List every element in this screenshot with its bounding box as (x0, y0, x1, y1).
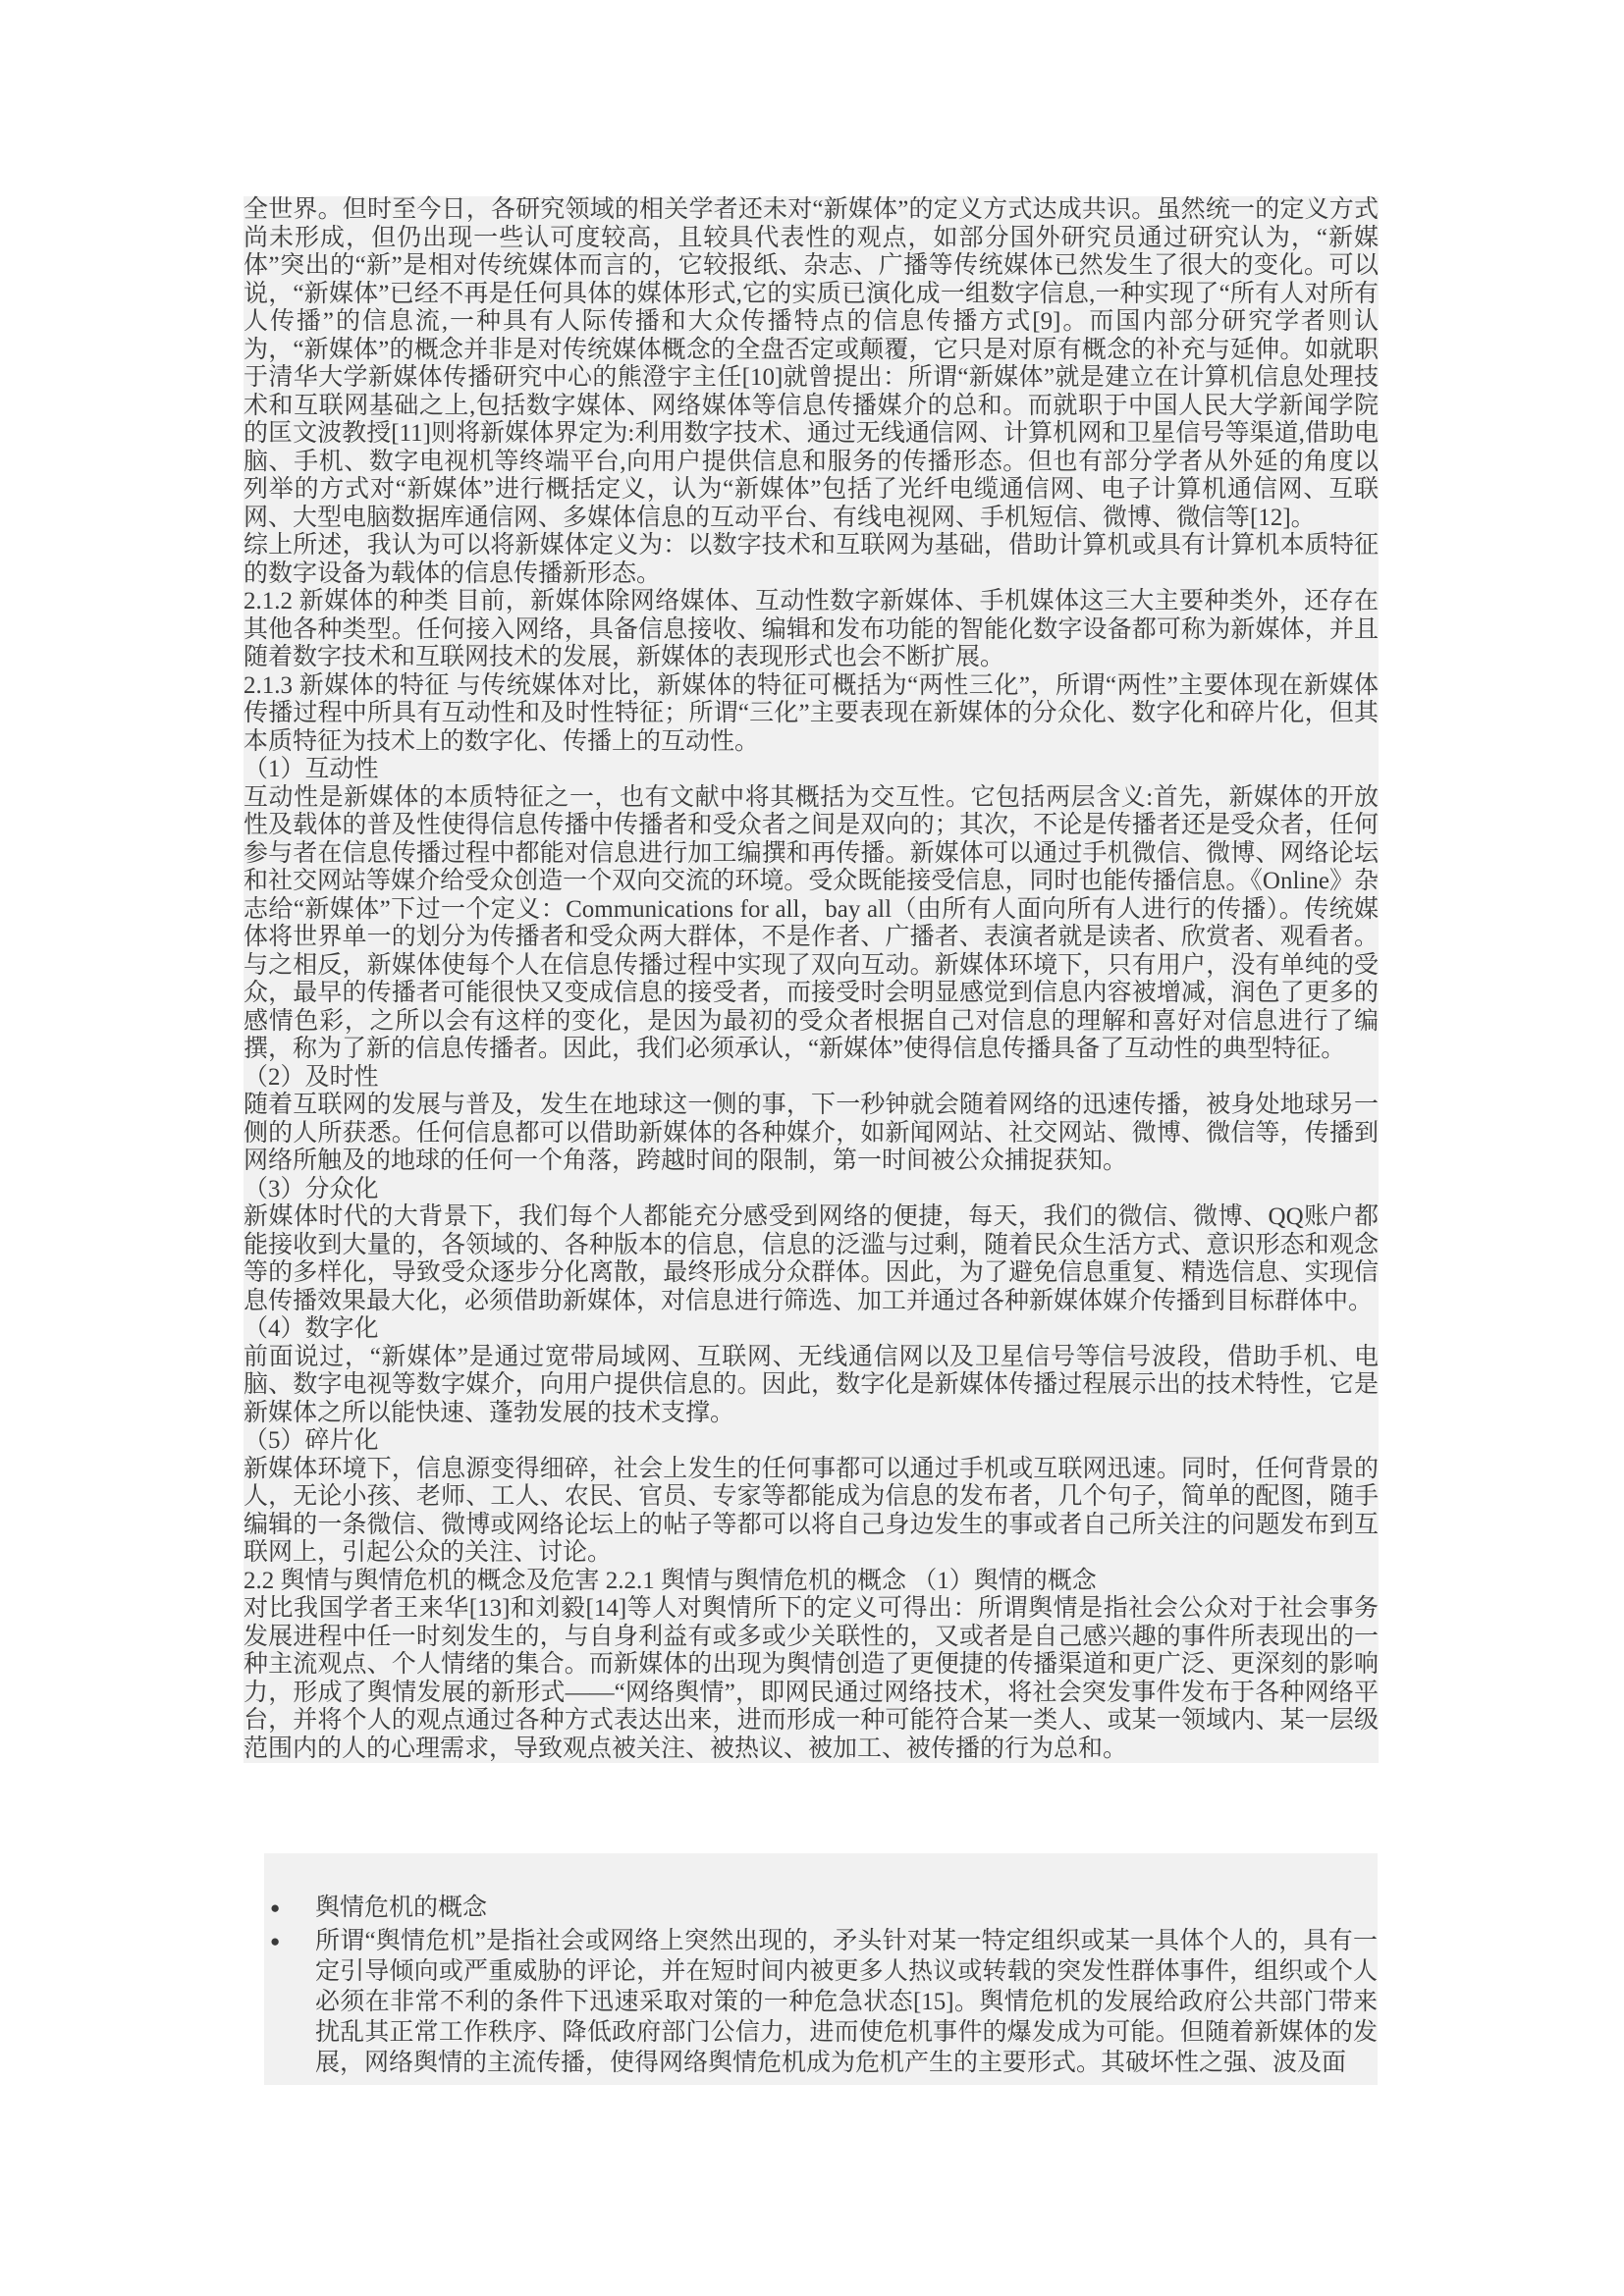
section-heading: （4）数字化 (244, 1315, 1379, 1344)
section-heading: 2.2 舆情与舆情危机的概念及危害 2.2.1 舆情与舆情危机的概念 （1）舆情… (244, 1568, 1379, 1596)
list-item: ● 所谓“舆情危机”是指社会或网络上突然出现的，矛头针对某一特定组织或某一具体个… (264, 1926, 1378, 2078)
document-page: 全世界。但时至今日，各研究领域的相关学者还未对“新媒体”的定义方式达成共识。虽然… (0, 0, 1624, 2296)
paragraph: 2.1.3 新媒体的特征 与传统媒体对比，新媒体的特征可概括为“两性三化”，所谓… (244, 672, 1379, 757)
paragraph: 综上所述，我认为可以将新媒体定义为：以数字技术和互联网为基础，借助计算机或具有计… (244, 532, 1379, 588)
paragraph: 新媒体环境下，信息源变得细碎，社会上发生的任何事都可以通过手机或互联网迅速。同时… (244, 1456, 1379, 1568)
list-item: ● 舆情危机的概念 (264, 1893, 1378, 1923)
section-heading: （1）互动性 (244, 756, 1379, 784)
section-heading: （2）及时性 (244, 1064, 1379, 1093)
section-heading: （5）碎片化 (244, 1427, 1379, 1456)
paragraph: 新媒体时代的大背景下，我们每个人都能充分感受到网络的便捷，每天，我们的微信、微博… (244, 1203, 1379, 1315)
paragraph: 2.1.2 新媒体的种类 目前，新媒体除网络媒体、互动性数字新媒体、手机媒体这三… (244, 588, 1379, 672)
paragraph: 互动性是新媒体的本质特征之一，也有文献中将其概括为交互性。它包括两层含义:首先，… (244, 784, 1379, 1064)
bullet-list: ● 舆情危机的概念 ● 所谓“舆情危机”是指社会或网络上突然出现的，矛头针对某一… (264, 1853, 1378, 2085)
bullet-icon: ● (264, 1926, 315, 1956)
paragraph: 随着互联网的发展与普及，发生在地球这一侧的事，下一秒钟就会随着网络的迅速传播，被… (244, 1092, 1379, 1176)
paragraph: 对比我国学者王来华[13]和刘毅[14]等人对舆情所下的定义可得出：所谓舆情是指… (244, 1595, 1379, 1763)
list-item-text: 所谓“舆情危机”是指社会或网络上突然出现的，矛头针对某一特定组织或某一具体个人的… (315, 1926, 1378, 2078)
section-heading: （3）分众化 (244, 1176, 1379, 1204)
document-text-block: 全世界。但时至今日，各研究领域的相关学者还未对“新媒体”的定义方式达成共识。虽然… (244, 196, 1379, 1763)
paragraph: 前面说过，“新媒体”是通过宽带局域网、互联网、无线通信网以及卫星信号等信号波段，… (244, 1344, 1379, 1428)
list-item-text: 舆情危机的概念 (315, 1893, 1378, 1923)
bullet-icon: ● (264, 1893, 315, 1923)
paragraph: 全世界。但时至今日，各研究领域的相关学者还未对“新媒体”的定义方式达成共识。虽然… (244, 196, 1379, 532)
